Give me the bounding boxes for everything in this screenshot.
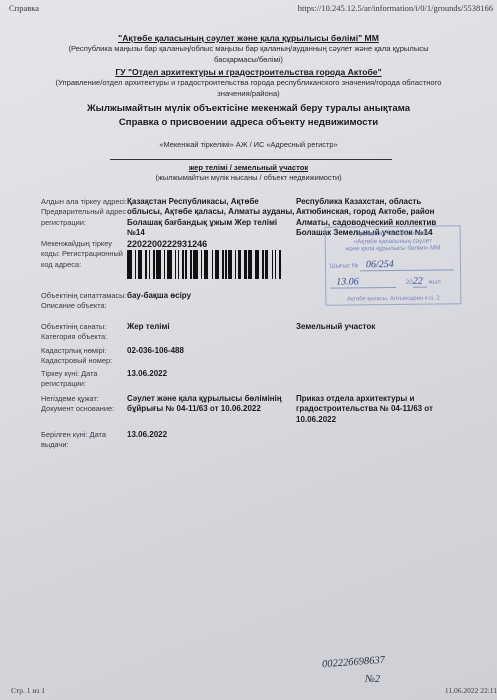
- barcode-image: [127, 250, 283, 279]
- registry-name: «Мекенжай тіркелімі» АЖ / ИС «Адресный р…: [0, 140, 497, 149]
- divider-line: [110, 159, 392, 160]
- organization-name-ru: ГУ "Отдел архитектуры и градостроительст…: [0, 67, 497, 77]
- description-value: бау-бақша өсіру: [127, 291, 191, 301]
- stamp-outgoing-label: Шығыс №: [330, 262, 358, 269]
- handwritten-note: №2: [365, 674, 380, 685]
- object-type: жер телімі / земельный участок: [0, 163, 497, 172]
- prelim-address-label: Алдын ала тіркеу адресі: Предварительный…: [41, 197, 129, 228]
- document-title-kz: Жылжымайтын мүлік объектісіне мекенжай б…: [0, 103, 497, 114]
- footer-page-number: Стр. 1 из 1: [11, 686, 45, 695]
- organization-name-kz: "Ақтөбе қаласының сәулет және қала құрыл…: [0, 33, 497, 43]
- stamp-year-word: жыл: [428, 279, 440, 286]
- basis-doc-label: Негіздеме құжат: Документ основание:: [41, 394, 131, 415]
- reg-code-label: Мекенжайдың тіркеу коды: Регистрационный…: [41, 239, 129, 270]
- category-label: Объектінің санаты: Категория объекта:: [41, 322, 129, 343]
- stamp-date-day: 13.06: [336, 276, 359, 287]
- organization-subtitle-kz: (Республика маңызы бар қаланың/облыс маң…: [0, 44, 497, 65]
- footer-datetime: 11.06.2022 22:11: [445, 686, 497, 695]
- official-stamp: Қазақстан Республикасы «Ақтөбе қаласының…: [325, 225, 462, 305]
- issue-date-value: 13.06.2022: [127, 430, 167, 440]
- handwritten-number: 00222б698637: [322, 655, 386, 670]
- category-value-ru: Земельный участок: [296, 322, 375, 332]
- browser-page-title: Справка: [9, 3, 39, 13]
- prelim-address-value-kz: Қазақстан Республикасы, Ақтөбе облысы, А…: [127, 197, 295, 238]
- object-type-subtitle: (жылжымайтын мүлік нысаны / объект недви…: [0, 173, 497, 182]
- stamp-outgoing-row: Шығыс № 06/254: [330, 258, 456, 271]
- reg-date-label: Тіркеу күні: Дата регистрации:: [41, 369, 129, 390]
- basis-doc-value-kz: Сәулет және қала құрылысы бөлімінің бұйр…: [127, 394, 295, 415]
- organization-subtitle-ru: (Управление/отдел архитектуры и градостр…: [0, 78, 497, 99]
- browser-url: https://10.245.12.5/ar/information/i/0/1…: [298, 3, 493, 13]
- cadastral-label: Кадастрлық нөмірі: Кадастровый номер:: [41, 346, 129, 367]
- stamp-year-suffix: 22: [413, 276, 423, 287]
- cadastral-value: 02-036-106-488: [127, 346, 184, 356]
- issue-date-label: Берілген күні: Дата выдачи:: [41, 430, 129, 451]
- stamp-outgoing-number: 06/254: [366, 259, 394, 270]
- stamp-date-row: 13.06 2022 жыл: [330, 275, 456, 288]
- stamp-address: Ақтөбе қаласы, Алтынсарин к-сі, 2: [328, 295, 458, 302]
- document-title-ru: Справка о присвоении адреса объекту недв…: [0, 117, 497, 128]
- description-label: Объектінің сипаттамасы: Описание объекта…: [41, 291, 129, 312]
- stamp-line-3: және қала құрылысы бөлімі» ММ: [326, 244, 460, 253]
- reg-date-value: 13.06.2022: [127, 369, 167, 379]
- reg-code-value: 2202200222931246: [127, 239, 207, 249]
- basis-doc-value-ru: Приказ отдела архитектуры и градостроите…: [296, 394, 446, 425]
- category-value-kz: Жер телімі: [127, 322, 170, 332]
